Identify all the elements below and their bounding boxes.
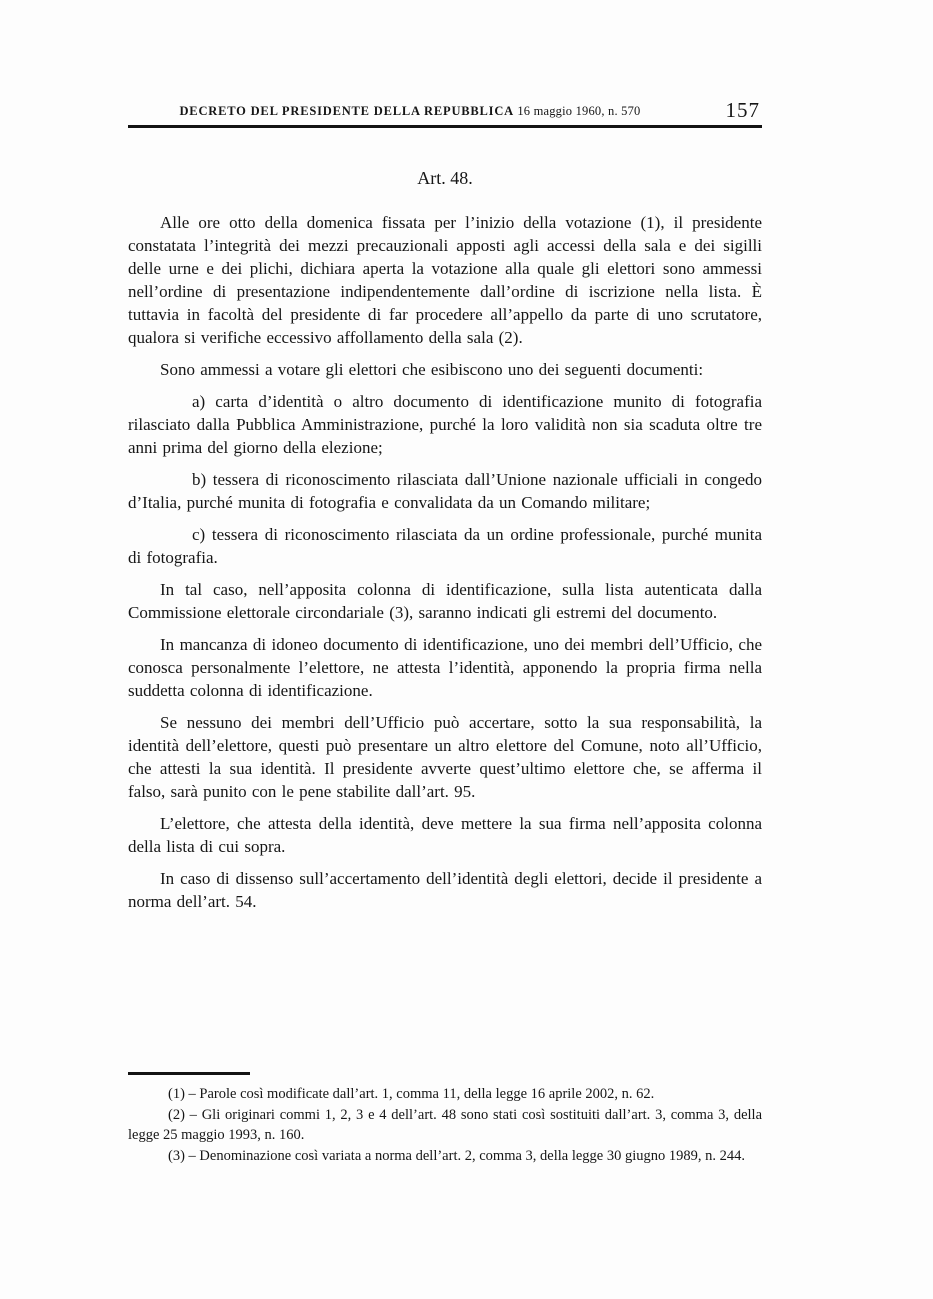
document-page: DECRETO DEL PRESIDENTE DELLA REPUBBLICA … <box>0 0 933 1299</box>
paragraph: L’elettore, che attesta della identità, … <box>128 812 762 858</box>
article-body: Alle ore otto della domenica fissata per… <box>128 211 762 913</box>
paragraph-item-c: c) tessera di riconoscimento rilasciata … <box>128 523 762 569</box>
footnotes: (1) – Parole così modificate dall’art. 1… <box>128 1072 762 1166</box>
running-title-text: DECRETO DEL PRESIDENTE DELLA REPUBBLICA <box>179 104 514 118</box>
paragraph-item-a: a) carta d’identità o altro documento di… <box>128 390 762 459</box>
paragraph: Sono ammessi a votare gli elettori che e… <box>128 358 762 381</box>
page-number: 157 <box>726 98 761 123</box>
paragraph: Alle ore otto della domenica fissata per… <box>128 211 762 349</box>
paragraph: Se nessuno dei membri dell’Ufficio può a… <box>128 711 762 803</box>
footnote: (1) – Parole così modificate dall’art. 1… <box>128 1084 762 1105</box>
paragraph: In mancanza di idoneo documento di ident… <box>128 633 762 702</box>
paragraph: In tal caso, nell’apposita colonna di id… <box>128 578 762 624</box>
footnote: (2) – Gli originari commi 1, 2, 3 e 4 de… <box>128 1105 762 1146</box>
footnote-separator <box>128 1072 250 1075</box>
page-header: DECRETO DEL PRESIDENTE DELLA REPUBBLICA … <box>128 102 762 128</box>
paragraph-item-b: b) tessera di riconoscimento rilasciata … <box>128 468 762 514</box>
footnote: (3) – Denominazione così variata a norma… <box>128 1146 762 1167</box>
running-title: DECRETO DEL PRESIDENTE DELLA REPUBBLICA … <box>179 104 710 119</box>
article-heading: Art. 48. <box>128 168 762 189</box>
paragraph: In caso di dissenso sull’accertamento de… <box>128 867 762 913</box>
content-column: DECRETO DEL PRESIDENTE DELLA REPUBBLICA … <box>128 0 762 922</box>
running-title-date: 16 maggio 1960, n. 570 <box>514 104 640 118</box>
